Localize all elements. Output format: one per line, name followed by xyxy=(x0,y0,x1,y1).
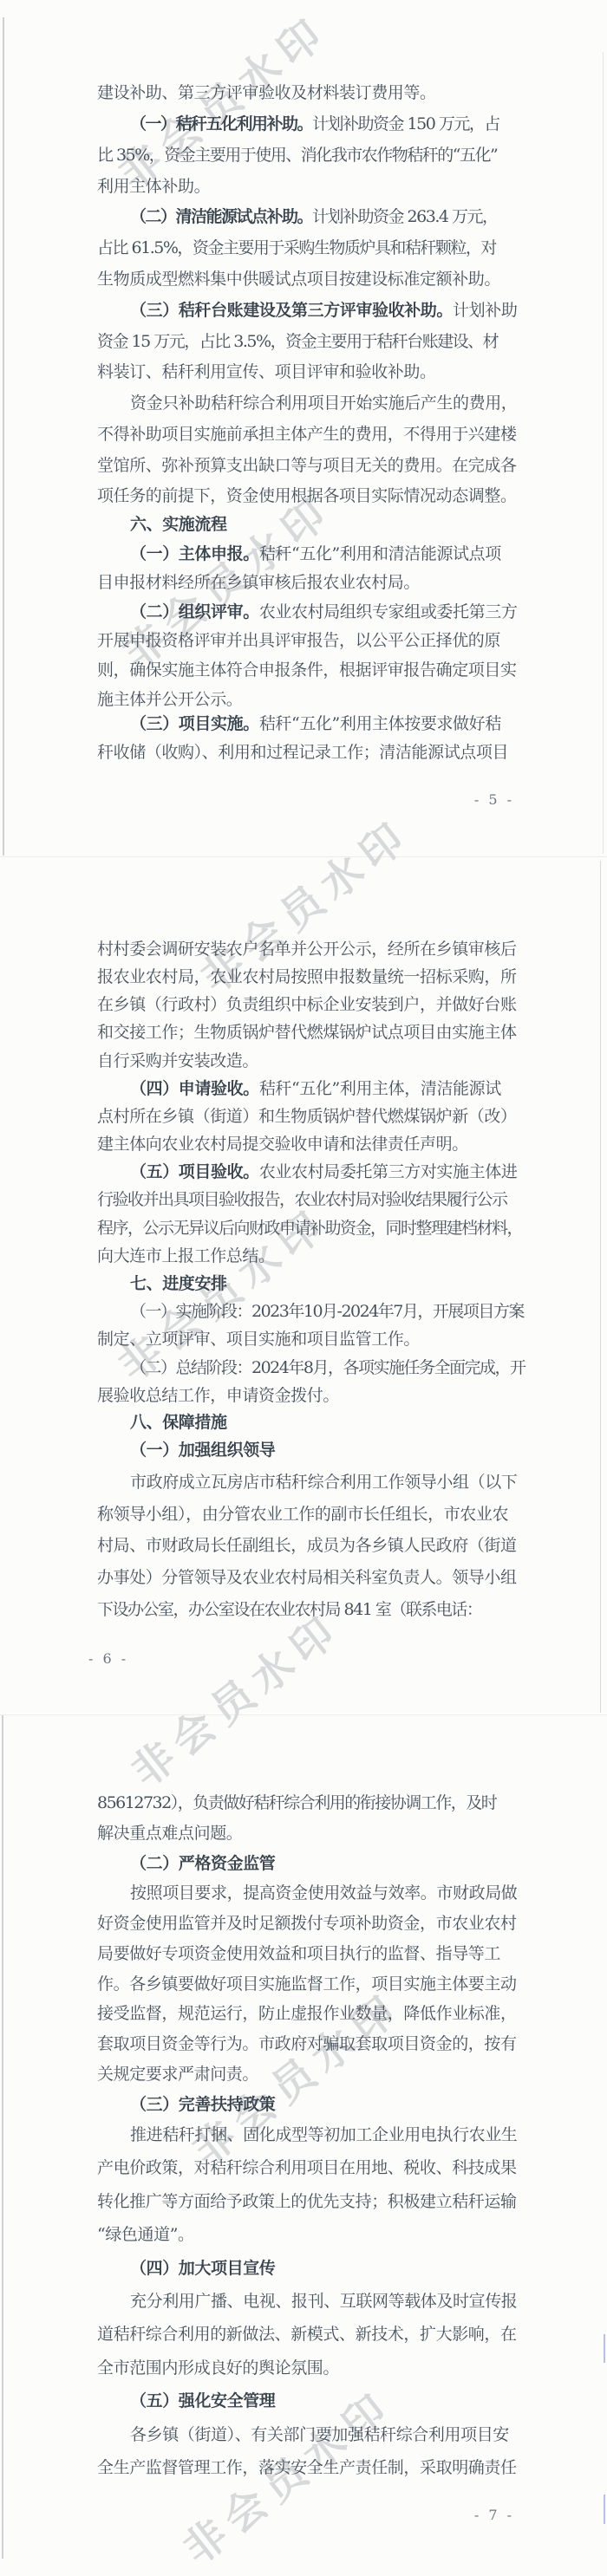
text-line: 料装订、秸秆利用宣传、项目评审和验收补助。 xyxy=(97,361,436,383)
text-line: 推进秸秆打捆、固化成型等初加工企业用电执行农业生 xyxy=(130,2124,517,2146)
text-line: 和交接工作；生物质锅炉替代燃煤锅炉试点项目由实施主体 xyxy=(97,1021,517,1044)
text-line-segment: 全市范围内形成良好的舆论氛围。 xyxy=(97,2358,339,2378)
page-edge-line xyxy=(3,17,4,855)
text-line-segment: 和交接工作；生物质锅炉替代燃煤锅炉试点项目由实施主体 xyxy=(97,1023,517,1042)
text-line: 秆收储（收购）、利用和过程记录工作；清洁能源试点项目 xyxy=(97,741,508,764)
text-line: 生物质成型燃料集中供暖试点项目按建设标准定额补助。 xyxy=(97,268,500,290)
text-line: （二）清洁能源试点补助。计划补助资金 263.4 万元， xyxy=(130,205,498,228)
text-line-segment: 按照项目要求，提高资金使用效益与效率。市财政局做 xyxy=(130,1883,517,1903)
text-line: 村村委会调研安装农户名单并公开公示，经所在乡镇审核后 xyxy=(97,938,517,960)
text-line: 按照项目要求，提高资金使用效益与效率。市财政局做 xyxy=(130,1882,517,1904)
text-line-segment: 办事处）分管领导及农业农村局相关科室负责人。领导小组 xyxy=(97,1568,517,1587)
text-line-segment: 道秸秆综合利用的新做法、新模式、新技术，扩大影响，在 xyxy=(97,2325,517,2344)
text-line: 利用主体补助。 xyxy=(97,175,210,198)
text-line-bold-segment: （四）申请验收。 xyxy=(130,1079,259,1098)
text-line-bold-segment: （一）主体申报。 xyxy=(130,544,259,563)
text-line: 项任务的前提下，资金使用根据各项目实际情况动态调整。 xyxy=(97,485,517,507)
text-line-bold-segment: （二）严格资金监管 xyxy=(130,1854,275,1873)
text-line: 比 35%，资金主要用于使用、消化我市农作物秸秆的“五化” xyxy=(97,144,497,166)
text-line-segment: 推进秸秆打捆、固化成型等初加工企业用电执行农业生 xyxy=(130,2125,517,2144)
text-line-segment: 点村所在乡镇（街道）和生物质锅炉替代燃煤锅炉新（改） xyxy=(97,1107,517,1126)
text-line: 市政府成立瓦房店市秸秆综合利用工作领导小组（以下 xyxy=(130,1471,517,1493)
text-line-segment: 充分利用广播、电视、报刊、互联网等载体及时宣传报 xyxy=(130,2292,517,2311)
page-edge-line xyxy=(2,1715,3,2559)
text-line: 下设办公室，办公室设在农业农村局 841 室（联系电话： xyxy=(97,1598,481,1621)
text-line-segment: 全生产监督管理工作，落实安全生产责任制，采取明确责任 xyxy=(97,2458,517,2477)
text-line-segment: 占比 61.5%，资金主要用于采购生物质炉具和秸秆颗粒，对 xyxy=(97,238,496,257)
page-separator xyxy=(0,856,607,857)
text-line-segment: 好资金使用监管并及时足额拨付专项补助资金，市农业农村 xyxy=(97,1914,517,1933)
text-line: 施主体并公开公示。 xyxy=(97,688,242,711)
text-line-segment: 套取项目资金等行为。市政府对骗取套取项目资金的，按有 xyxy=(97,2034,517,2053)
text-line-segment: 计划补助资金 150 万元，占 xyxy=(312,114,499,133)
text-line: 堂馆所、弥补预算支出缺口等与项目无关的费用。在完成各 xyxy=(97,454,517,477)
text-line-segment: （一）实施阶段：2023年10月-2024年7月，开展项目方案 xyxy=(130,1302,524,1321)
text-line-bold-segment: （三）秸秆台账建设及第三方评审验收补助。 xyxy=(130,301,453,320)
text-line-bold-segment: （一）加强组织领导 xyxy=(130,1441,275,1460)
text-line-segment: 市政府成立瓦房店市秸秆综合利用工作领导小组（以下 xyxy=(130,1473,517,1492)
text-line-segment: （二）总结阶段：2024年8月，各项实施任务全面完成，开 xyxy=(130,1358,525,1377)
text-line: （四）申请验收。秸秆“五化”利用主体，清洁能源试 xyxy=(130,1077,501,1100)
text-line: 全市范围内形成良好的舆论氛围。 xyxy=(97,2357,339,2379)
text-line: 点村所在乡镇（街道）和生物质锅炉替代燃煤锅炉新（改） xyxy=(97,1105,517,1128)
text-line-segment: 计划补助资金 263.4 万元， xyxy=(312,207,497,226)
text-line-segment: 建设补助、第三方评审验收及材料装订费用等。 xyxy=(97,83,436,102)
text-line-segment: 计划补助 xyxy=(453,301,517,320)
text-line: 报农业农村局，农业农村局按照申报数量统一招标采购，所 xyxy=(97,966,517,988)
text-line-segment: “绿色通道”。 xyxy=(97,2225,194,2244)
text-line: 充分利用广播、电视、报刊、互联网等载体及时宣传报 xyxy=(130,2290,517,2313)
text-line: 各乡镇（街道）、有关部门要加强秸秆综合利用项目安 xyxy=(130,2423,509,2446)
text-line: 村局、市财政局长任副组长，成员为各乡镇人民政府（街道 xyxy=(97,1534,517,1557)
text-line: 目申报材料经所在乡镇审核后报农业农村局。 xyxy=(97,571,420,594)
text-line-segment: 关规定要求严肃问责。 xyxy=(97,2065,258,2084)
text-line-segment: 85612732），负责做好秸秆综合利用的衔接协调工作，及时 xyxy=(97,1793,496,1812)
text-line: 展验收总结工作，申请资金拨付。 xyxy=(97,1384,339,1407)
text-line-segment: 报农业农村局，农业农村局按照申报数量统一招标采购，所 xyxy=(97,967,517,986)
text-line-segment: 制定、立项评审、项目实施和项目监管工作。 xyxy=(97,1330,420,1349)
text-line: 接受监督，规范运行，防止虚报作业数量，降低作业标准， xyxy=(97,2002,517,2025)
text-line: 局要做好专项资金使用效益和项目执行的监督、指导等工 xyxy=(97,1942,500,1965)
text-line: 全生产监督管理工作，落实安全生产责任制，采取明确责任 xyxy=(97,2456,517,2479)
text-line-segment: 农业农村局组织专家组或委托第三方 xyxy=(259,602,518,621)
text-line: 关规定要求严肃问责。 xyxy=(97,2063,258,2085)
text-line: 不得补助项目实施前承担主体产生的费用，不得用于兴建楼 xyxy=(97,423,517,446)
page-edge-line xyxy=(604,2495,605,2524)
page-separator xyxy=(0,1714,607,1715)
text-line-bold-segment: 六、实施流程 xyxy=(130,515,227,534)
text-line: 称领导小组），由分管农业工作的副市长任组长，市农业农 xyxy=(97,1503,508,1525)
text-line: （三）完善扶持政策 xyxy=(130,2093,275,2116)
text-line: （一）主体申报。秸秆“五化”利用和清洁能源试点项 xyxy=(130,543,501,565)
text-line: （一）加强组织领导 xyxy=(130,1439,275,1461)
text-line-bold-segment: （二）组织评审。 xyxy=(130,602,259,621)
text-line: 行验收并出具项目验收报告，农业农村局对验收结果履行公示 xyxy=(97,1188,507,1211)
text-line: 资金只补助秸秆综合利用项目开始实施后产生的费用， xyxy=(130,392,517,414)
text-line-segment: 资金只补助秸秆综合利用项目开始实施后产生的费用， xyxy=(130,394,517,413)
text-line: 在乡镇（行政村）负责组织中标企业安装到户，并做好台账 xyxy=(97,993,517,1016)
text-line-segment: 项任务的前提下，资金使用根据各项目实际情况动态调整。 xyxy=(97,486,517,505)
text-line-bold-segment: （一）秸秆五化利用补助。 xyxy=(130,114,312,133)
page-edge-line xyxy=(603,52,604,854)
text-line-segment: 施主体并公开公示。 xyxy=(97,690,242,709)
text-line: 自行采购并安装改造。 xyxy=(97,1050,258,1072)
watermark-text: 非会员水印 xyxy=(116,1597,351,1799)
text-line-segment: 开展申报资格评审并出具评审报告，以公平公正择优的原 xyxy=(97,631,500,650)
text-line: 向大连市上报工作总结。 xyxy=(97,1245,275,1267)
text-line: 产电价政策，对秸秆综合利用项目在用地、税收、科技成果 xyxy=(97,2156,517,2179)
text-line-segment: 比 35%，资金主要用于使用、消化我市农作物秸秆的“五化” xyxy=(97,146,497,165)
text-line-segment: 不得补助项目实施前承担主体产生的费用，不得用于兴建楼 xyxy=(97,425,517,444)
text-line-bold-segment: （五）项目验收。 xyxy=(130,1162,259,1181)
text-line: 道秸秆综合利用的新做法、新模式、新技术，扩大影响，在 xyxy=(97,2323,517,2345)
text-line: （三）项目实施。秸秆“五化”利用主体按要求做好秸 xyxy=(130,712,501,735)
text-line: （三）秸秆台账建设及第三方评审验收补助。计划补助 xyxy=(130,299,517,322)
text-line-segment: 下设办公室，办公室设在农业农村局 841 室（联系电话： xyxy=(97,1600,481,1619)
text-line: （五）强化安全管理 xyxy=(130,2390,275,2412)
text-line-segment: 堂馆所、弥补预算支出缺口等与项目无关的费用。在完成各 xyxy=(97,456,517,475)
page-number: - 6 - xyxy=(88,1650,128,1667)
text-line: 套取项目资金等行为。市政府对骗取套取项目资金的，按有 xyxy=(97,2033,517,2055)
text-line: 办事处）分管领导及农业农村局相关科室负责人。领导小组 xyxy=(97,1566,517,1589)
text-line-segment: 解决重点难点问题。 xyxy=(97,1824,242,1843)
text-line: （二）严格资金监管 xyxy=(130,1852,275,1875)
text-line-segment: 行验收并出具项目验收报告，农业农村局对验收结果履行公示 xyxy=(97,1190,507,1209)
text-line-bold-segment: （三）项目实施。 xyxy=(130,714,259,733)
text-line: 作。各乡镇要做好项目实施监督工作，项目实施主体要主动 xyxy=(97,1973,517,1995)
text-line-segment: 农业农村局委托第三方对实施主体进 xyxy=(259,1162,518,1181)
text-line-segment: 目申报材料经所在乡镇审核后报农业农村局。 xyxy=(97,573,420,592)
text-line-segment: 展验收总结工作，申请资金拨付。 xyxy=(97,1386,339,1405)
text-line-segment: 村局、市财政局长任副组长，成员为各乡镇人民政府（街道 xyxy=(97,1536,517,1555)
scanned-document: 非会员水印非会员水印非会员水印非会员水印非会员水印非会员水印非会员水印建设补助、… xyxy=(0,0,607,2576)
text-line-segment: 村村委会调研安装农户名单并公开公示，经所在乡镇审核后 xyxy=(97,940,517,959)
text-line: （四）加大项目宣传 xyxy=(130,2257,275,2280)
text-line-segment: 秸秆“五化”利用和清洁能源试点项 xyxy=(259,544,501,563)
text-line: “绿色通道”。 xyxy=(97,2223,194,2246)
text-line-bold-segment: 八、保障措施 xyxy=(130,1413,227,1432)
page-number: - 5 - xyxy=(474,791,514,808)
text-line: 制定、立项评审、项目实施和项目监管工作。 xyxy=(97,1328,420,1350)
page-edge-line xyxy=(604,2334,605,2363)
text-line: 好资金使用监管并及时足额拨付专项补助资金，市农业农村 xyxy=(97,1912,517,1935)
text-line: 则，确保实施主体符合申报条件，根据评审报告确定项目实 xyxy=(97,659,517,681)
text-line: 占比 61.5%，资金主要用于采购生物质炉具和秸秆颗粒，对 xyxy=(97,237,496,259)
text-line-segment: 料装订、秸秆利用宣传、项目评审和验收补助。 xyxy=(97,362,436,381)
text-line-segment: 程序，公示无异议后向财政申请补助资金，同时整理建档材料， xyxy=(97,1219,522,1238)
text-line-segment: 各乡镇（街道）、有关部门要加强秸秆综合利用项目安 xyxy=(130,2425,509,2444)
text-line-segment: 转化推广等方面给予政策上的优先支持；积极建立秸秆运输 xyxy=(97,2192,517,2211)
text-line-segment: 向大连市上报工作总结。 xyxy=(97,1246,275,1265)
text-line: （五）项目验收。农业农村局委托第三方对实施主体进 xyxy=(130,1161,517,1183)
text-line-segment: 生物质成型燃料集中供暖试点项目按建设标准定额补助。 xyxy=(97,270,500,289)
text-line: 转化推广等方面给予政策上的优先支持；积极建立秸秆运输 xyxy=(97,2190,517,2213)
text-line: 建主体向农业农村局提交验收申请和法律责任声明。 xyxy=(97,1133,468,1155)
text-line: （二）总结阶段：2024年8月，各项实施任务全面完成，开 xyxy=(130,1356,525,1379)
text-line-segment: 局要做好专项资金使用效益和项目执行的监督、指导等工 xyxy=(97,1944,500,1963)
text-line-segment: 资金 15 万元，占比 3.5%，资金主要用于秸秆台账建设、材 xyxy=(97,332,498,351)
text-line: 解决重点难点问题。 xyxy=(97,1822,242,1844)
text-line-segment: 利用主体补助。 xyxy=(97,177,210,196)
text-line: 八、保障措施 xyxy=(130,1411,227,1434)
text-line-segment: 作。各乡镇要做好项目实施监督工作，项目实施主体要主动 xyxy=(97,1974,517,1994)
text-line: 七、进度安排 xyxy=(130,1272,227,1295)
text-line-bold-segment: （四）加大项目宣传 xyxy=(130,2259,275,2278)
text-line-segment: 接受监督，规范运行，防止虚报作业数量，降低作业标准， xyxy=(97,2004,517,2023)
text-line-bold-segment: （三）完善扶持政策 xyxy=(130,2095,275,2114)
text-line-segment: 秸秆“五化”利用主体，清洁能源试 xyxy=(259,1079,501,1098)
text-line: （二）组织评审。农业农村局组织专家组或委托第三方 xyxy=(130,601,517,623)
text-line: 建设补助、第三方评审验收及材料装订费用等。 xyxy=(97,81,436,104)
text-line-segment: 秆收储（收购）、利用和过程记录工作；清洁能源试点项目 xyxy=(97,743,508,762)
page-edge-line xyxy=(600,861,601,1713)
text-line-segment: 在乡镇（行政村）负责组织中标企业安装到户，并做好台账 xyxy=(97,995,517,1014)
text-line: （一）实施阶段：2023年10月-2024年7月，开展项目方案 xyxy=(130,1300,524,1323)
text-line: 六、实施流程 xyxy=(130,513,227,536)
text-line-bold-segment: 七、进度安排 xyxy=(130,1274,227,1293)
text-line: 开展申报资格评审并出具评审报告，以公平公正择优的原 xyxy=(97,629,500,652)
text-line-segment: 则，确保实施主体符合申报条件，根据评审报告确定项目实 xyxy=(97,660,517,680)
text-line-bold-segment: （五）强化安全管理 xyxy=(130,2391,275,2410)
text-line: （一）秸秆五化利用补助。计划补助资金 150 万元，占 xyxy=(130,113,499,135)
page-number: - 7 - xyxy=(474,2507,514,2523)
text-line-segment: 称领导小组），由分管农业工作的副市长任组长，市农业农 xyxy=(97,1505,508,1524)
text-line-bold-segment: （二）清洁能源试点补助。 xyxy=(130,207,312,226)
text-line: 程序，公示无异议后向财政申请补助资金，同时整理建档材料， xyxy=(97,1217,522,1239)
text-line: 85612732），负责做好秸秆综合利用的衔接协调工作，及时 xyxy=(97,1792,496,1814)
text-line-segment: 自行采购并安装改造。 xyxy=(97,1051,258,1070)
text-line-segment: 秸秆“五化”利用主体按要求做好秸 xyxy=(259,714,501,733)
text-line-segment: 产电价政策，对秸秆综合利用项目在用地、税收、科技成果 xyxy=(97,2158,517,2177)
text-line: 资金 15 万元，占比 3.5%，资金主要用于秸秆台账建设、材 xyxy=(97,330,498,353)
text-line-segment: 建主体向农业农村局提交验收申请和法律责任声明。 xyxy=(97,1135,468,1154)
